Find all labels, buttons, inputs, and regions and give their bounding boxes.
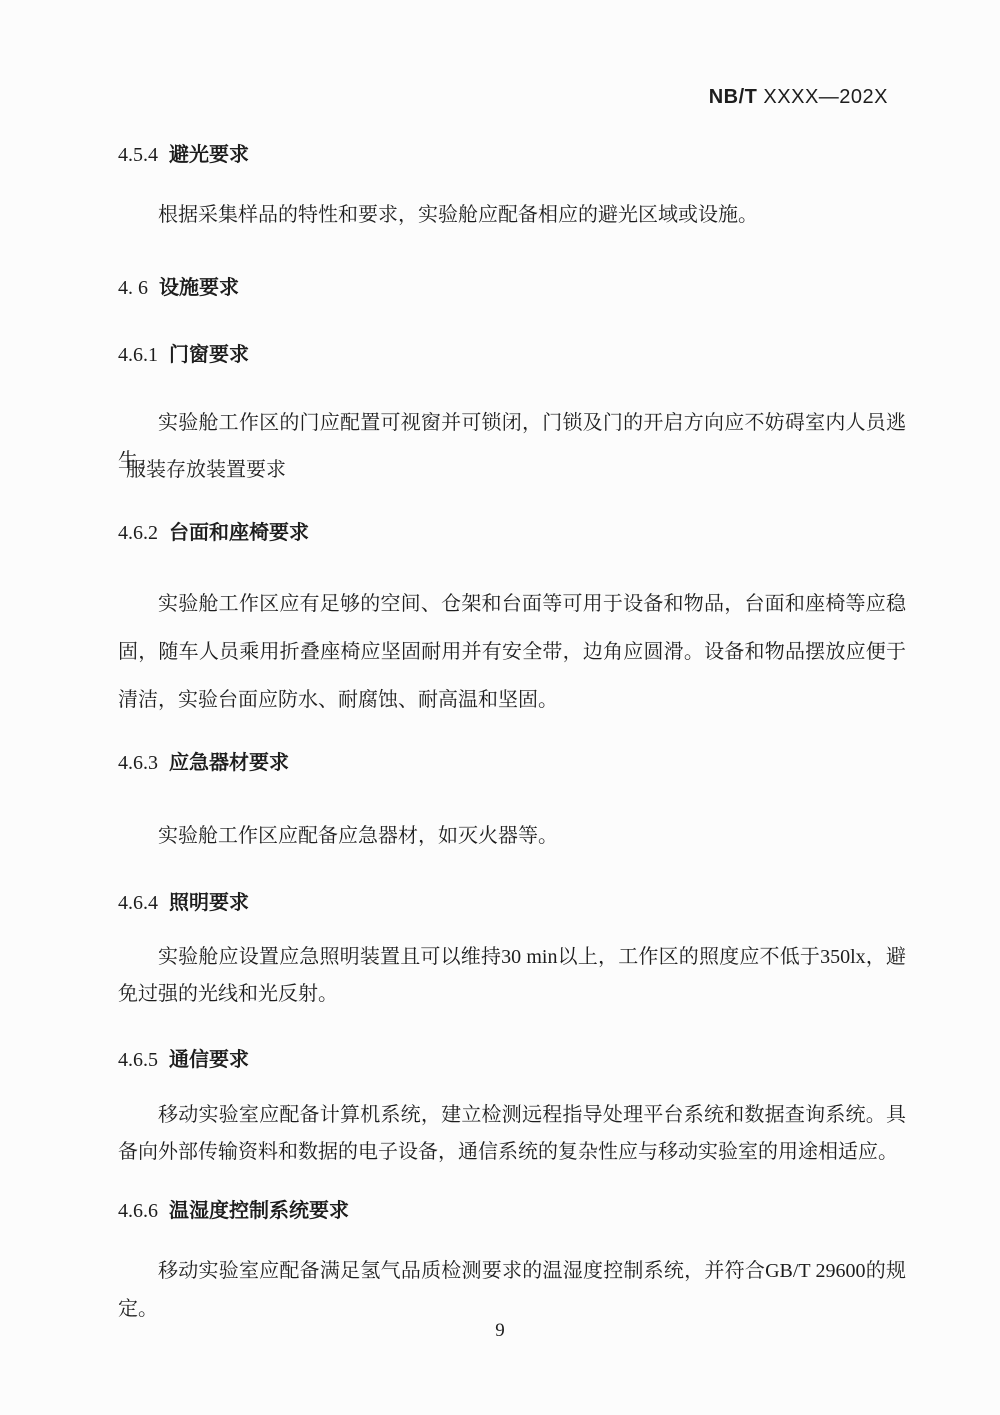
section-heading-463: 4.6.3应急器材要求 — [118, 746, 289, 775]
section-paragraph-466: 移动实验室应配备满足氢气品质检测要求的温湿度控制系统，并符合GB/T 29600… — [118, 1252, 906, 1328]
clause-title: 照明要求 — [169, 892, 249, 914]
clause-number: 4.6.4 — [118, 892, 158, 914]
section-heading-466: 4.6.6温湿度控制系统要求 — [118, 1194, 349, 1223]
clause-number: 4.6.6 — [118, 1200, 158, 1222]
section-heading-461: 4.6.1门窗要求 — [118, 338, 249, 367]
clause-number: 4.5.4 — [118, 144, 158, 166]
clause-title: 温湿度控制系统要求 — [169, 1200, 349, 1222]
clause-title: 设施要求 — [159, 277, 239, 299]
standard-code-prefix: NB/T — [709, 86, 758, 108]
section-heading-465: 4.6.5通信要求 — [118, 1043, 249, 1072]
section-paragraph-462: 实验舱工作区应有足够的空间、仓架和台面等可用于设备和物品，台面和座椅等应稳固，随… — [118, 580, 906, 724]
clause-number: 4.6.3 — [118, 752, 158, 774]
clause-title: 应急器材要求 — [169, 752, 289, 774]
clause-number: 4.6.5 — [118, 1049, 158, 1071]
clause-number: 4.6.2 — [118, 522, 158, 544]
clause-title: 避光要求 — [169, 144, 249, 166]
document-page: NB/T XXXX—202X 4.5.4避光要求 根据采集样品的特性和要求，实验… — [0, 0, 1000, 1415]
clause-number: 4.6.1 — [118, 344, 158, 366]
section-paragraph-463: 实验舱工作区应配备应急器材，如灭火器等。 — [118, 817, 906, 855]
section-heading-454: 4.5.4避光要求 — [118, 138, 249, 167]
clause-number: 4. 6 — [118, 277, 148, 299]
clause-title: 台面和座椅要求 — [169, 522, 309, 544]
section-heading-464: 4.6.4照明要求 — [118, 886, 249, 915]
section-paragraph-465: 移动实验室应配备计算机系统，建立检测远程指导处理平台系统和数据查询系统。具备向外… — [118, 1097, 906, 1171]
clause-title: 通信要求 — [169, 1049, 249, 1071]
clause-title: 门窗要求 — [169, 344, 249, 366]
stray-text-line: 服装存放装置要求 — [126, 453, 286, 482]
section-heading-46: 4. 6设施要求 — [118, 271, 239, 300]
section-paragraph-454: 根据采集样品的特性和要求，实验舱应配备相应的避光区域或设施。 — [118, 196, 906, 234]
section-paragraph-464: 实验舱应设置应急照明装置且可以维持30 min以上，工作区的照度应不低于350l… — [118, 939, 906, 1013]
section-heading-462: 4.6.2台面和座椅要求 — [118, 516, 309, 545]
standard-code-rest: XXXX—202X — [757, 86, 888, 108]
page-number: 9 — [0, 1320, 1000, 1342]
standard-code-header: NB/T XXXX—202X — [709, 86, 888, 109]
